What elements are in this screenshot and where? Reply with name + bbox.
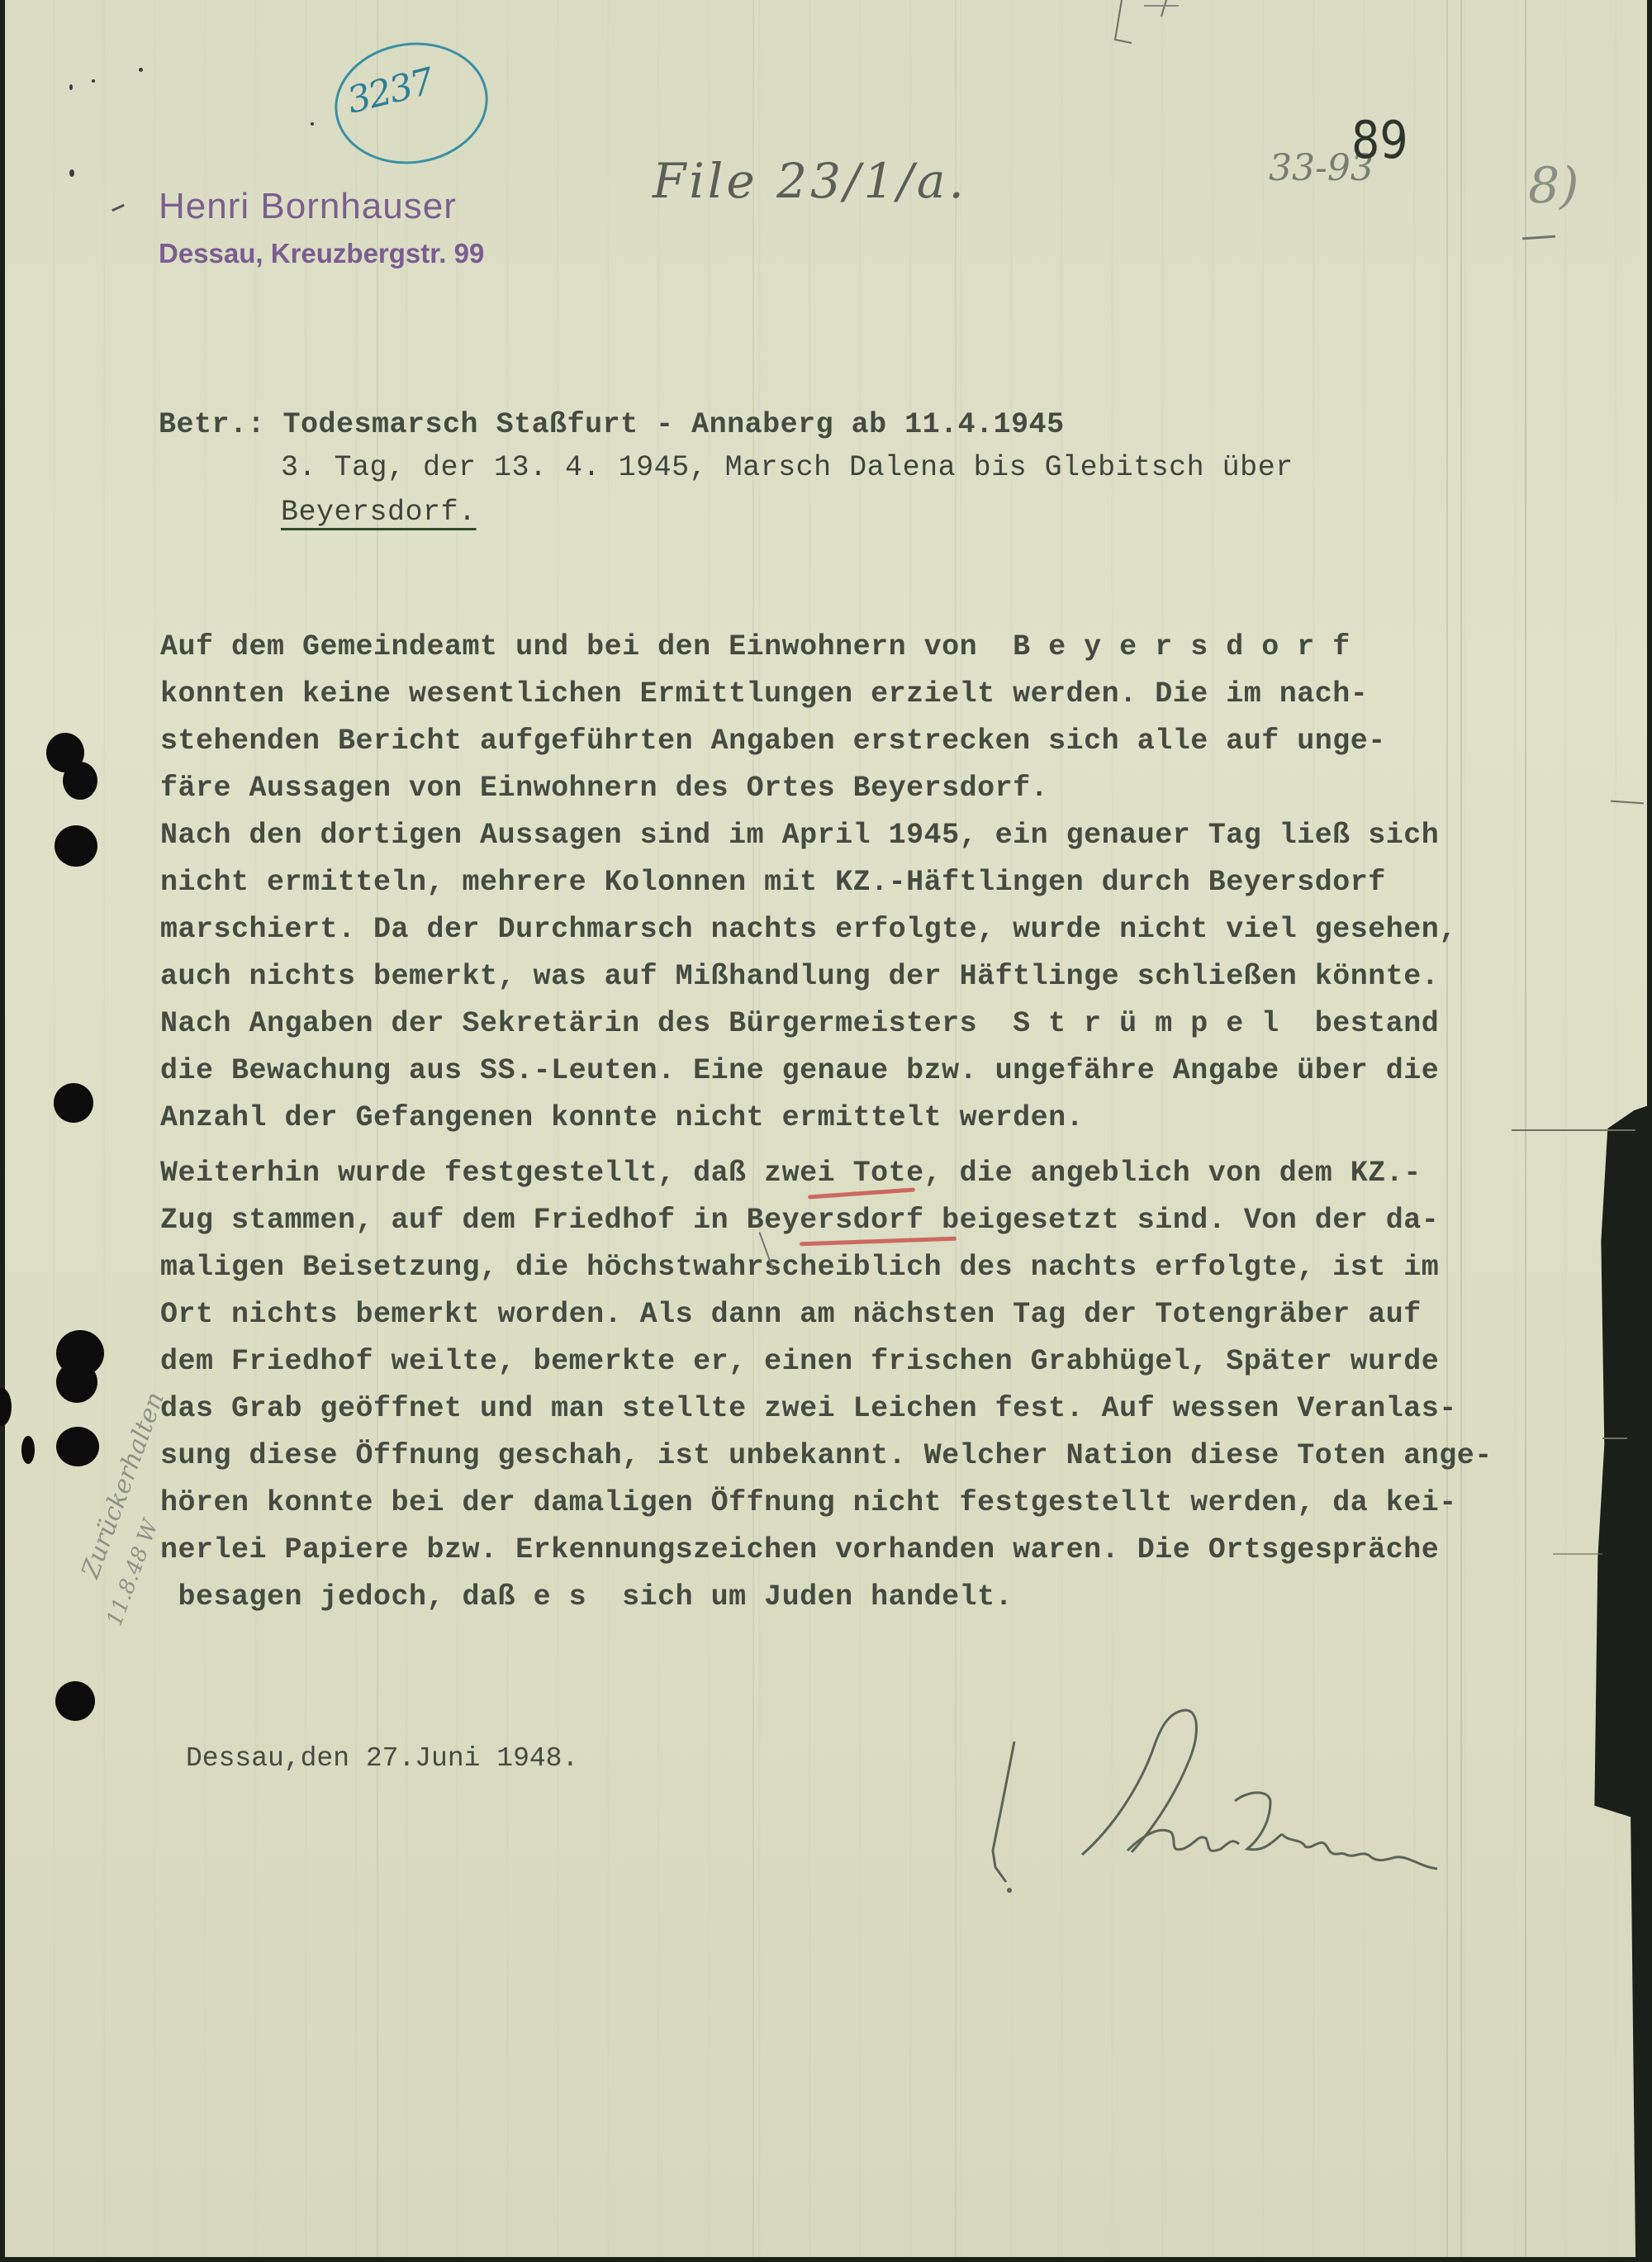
body-line: das Grab geöffnet und man stellte zwei L… [160,1392,1457,1425]
body-line: nerlei Papiere bzw. Erkennungszeichen vo… [160,1533,1439,1566]
body-line: maligen Beisetzung, die höchstwahrscheib… [160,1251,1439,1284]
body-line: die Bewachung aus SS.-Leuten. Eine genau… [160,1054,1439,1087]
punch-hole [54,1083,93,1123]
body-line: stehenden Bericht aufgeführten Angaben e… [160,725,1386,758]
body-line: auch nichts bemerkt, was auf Mißhandlung… [160,960,1439,993]
body-line: sung diese Öffnung geschah, ist unbekann… [160,1439,1493,1472]
body-line: Auf dem Gemeindeamt und bei den Einwohne… [160,630,1351,663]
paper-fold-line [1525,0,1526,2257]
margin-number: 8) [1528,157,1579,215]
body-line: nicht ermitteln, mehrere Kolonnen mit KZ… [160,866,1386,899]
punch-hole [55,1681,95,1721]
pencil-mark [1144,5,1179,7]
signature [958,1702,1619,1900]
body-line: dem Friedhof weilte, bemerkte er, einen … [160,1345,1439,1378]
paper-tear [1512,1129,1635,1131]
body-line: marschiert. Da der Durchmarsch nachts er… [160,913,1457,946]
speck [311,122,314,126]
paper-tear [1553,1553,1602,1555]
body-line: färe Aussagen von Einwohnern des Ortes B… [160,772,1048,805]
paper-tear [1602,1438,1627,1439]
body-line: hören konnte bei der damaligen Öffnung n… [160,1486,1457,1519]
body-line: Nach Angaben der Sekretärin des Bürgerme… [160,1007,1439,1040]
subject-line: 3. Tag, der 13. 4. 1945, Marsch Dalena b… [281,451,1294,484]
body-line: Zug stammen, auf dem Friedhof in Beyersd… [160,1204,1439,1237]
punch-hole [56,1427,99,1466]
body-line: Anzahl der Gefangenen konnte nicht ermit… [160,1101,1084,1134]
body-line: besagen jedoch, daß e s sich um Juden ha… [160,1580,1013,1613]
paper-fold-line [1446,0,1448,2257]
file-reference: File 23/1/a. [653,153,967,209]
body-line: Nach den dortigen Aussagen sind im April… [160,819,1439,852]
speck [92,79,95,83]
punch-hole [56,1361,97,1403]
punch-hole [21,1436,35,1464]
speck [69,169,74,177]
pencil-scribble-icon [1107,0,1173,45]
speck [139,68,143,72]
body-line: Ort nichts bemerkt worden. Als dann am n… [160,1298,1422,1331]
page-number-new: 89 [1351,110,1408,169]
punch-hole [63,762,97,800]
body-line: Weiterhin wurde festgestellt, daß zwei T… [160,1157,1422,1190]
speck [69,84,73,90]
subject-line: Betr.: Todesmarsch Staßfurt - Annaberg a… [159,408,1065,441]
subject-line-underlined: Beyersdorf. [281,496,477,529]
punch-hole [55,825,97,867]
body-line: konnten keine wesentlichen Ermittlungen … [160,677,1368,710]
letterhead-name: Henri Bornhauser [159,186,457,227]
letterhead-address: Dessau, Kreuzbergstr. 99 [159,238,484,269]
date-line: Dessau,den 27.Juni 1948. [186,1743,578,1774]
paper-fold-line [1460,0,1462,2257]
